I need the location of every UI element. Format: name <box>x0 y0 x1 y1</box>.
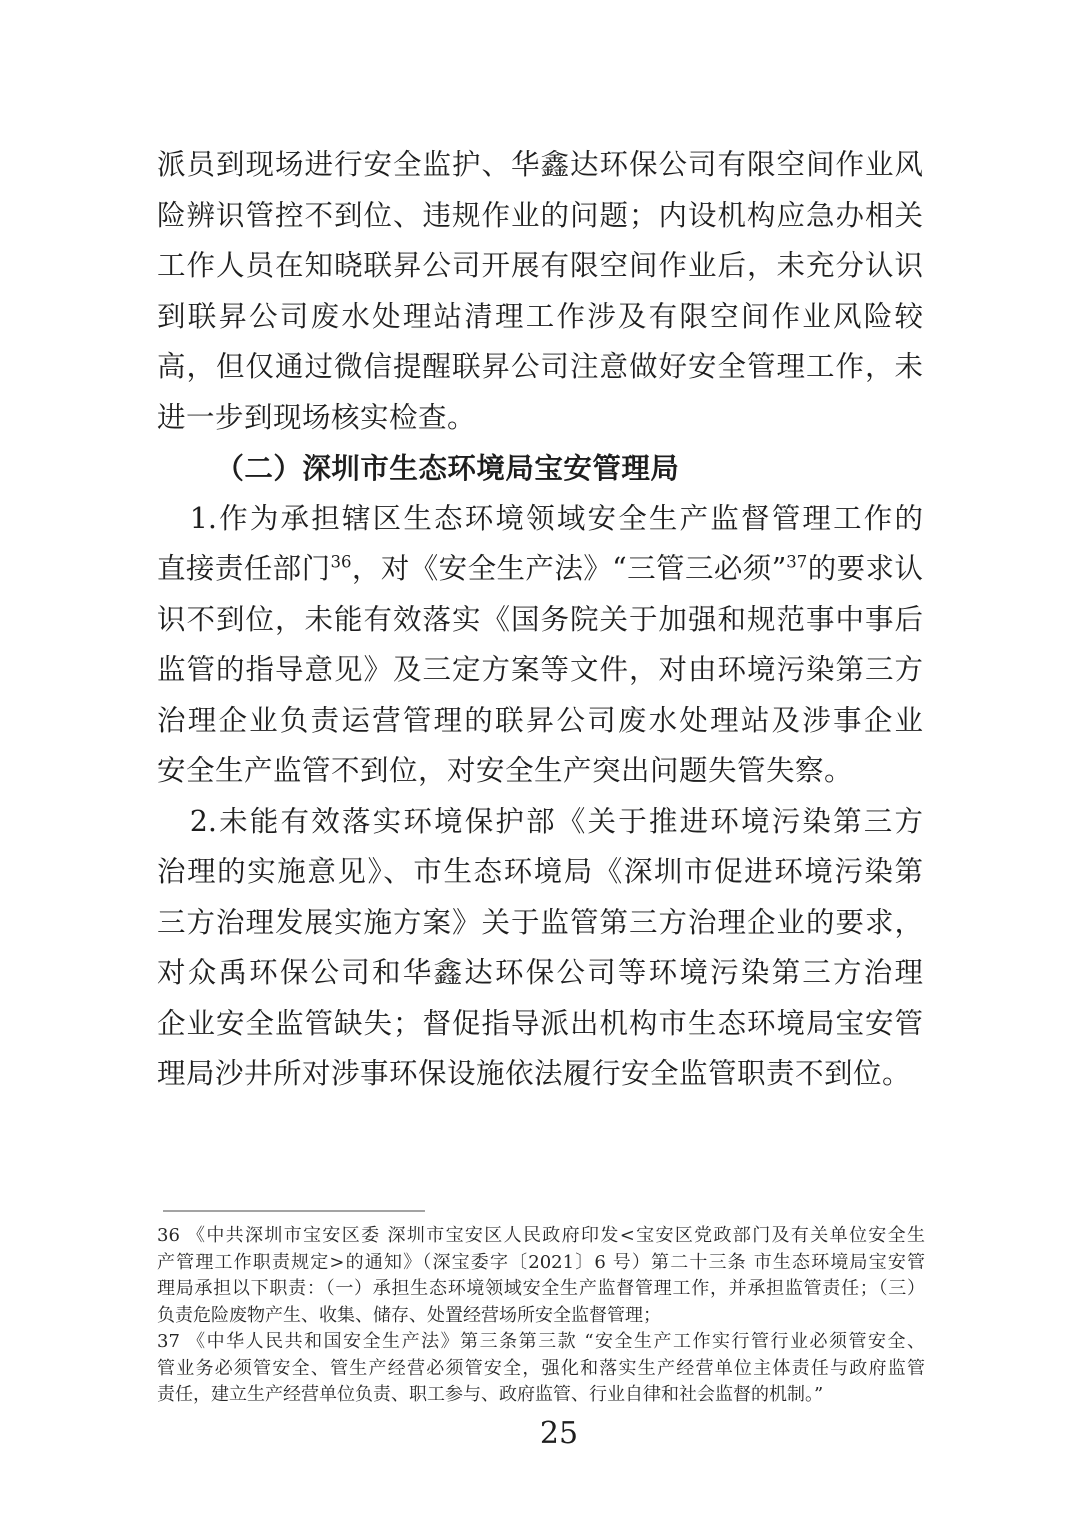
page-number: 25 <box>0 1416 1080 1451</box>
body-line: 进一步到现场核实检查。 <box>157 393 923 444</box>
body-line: 监管的指导意见》及三定方案等文件，对由环境污染第三方 <box>157 645 923 696</box>
body-line: 派员到现场进行安全监护、华鑫达环保公司有限空间作业风 <box>157 140 923 191</box>
body-line: 治理的实施意见》、市生态环境局《深圳市促进环境污染第 <box>157 847 923 898</box>
footnote-line: 管业务必须管安全、管生产经营必须管安全，强化和落实生产经营单位主体责任与政府监管 <box>157 1356 925 1383</box>
body-line: 到联昇公司废水处理站清理工作涉及有限空间作业风险较 <box>157 292 923 343</box>
footnote-line: 产管理工作职责规定>的通知》（深宝委字〔2021〕6 号）第二十三条 市生态环境… <box>157 1250 925 1277</box>
footnote-reference: 36 <box>331 553 352 572</box>
footnote-line: 36 《中共深圳市宝安区委 深圳市宝安区人民政府印发<宝安区党政部门及有关单位安… <box>157 1223 925 1250</box>
footnote-line: 理局承担以下职责：（一）承担生态环境领域安全生产监督管理工作，并承担监管责任；（… <box>157 1276 925 1303</box>
footnote-line: 负责危险废物产生、收集、储存、处置经营场所安全监督管理； <box>157 1303 925 1330</box>
body-line: 直接责任部门36，对《安全生产法》“三管三必须”37的要求认 <box>157 544 923 595</box>
body-line: 理局沙井所对涉事环保设施依法履行安全监管职责不到位。 <box>157 1049 923 1100</box>
footnote-reference: 37 <box>786 553 807 572</box>
body-line: 识不到位，未能有效落实《国务院关于加强和规范事中事后 <box>157 595 923 646</box>
document-page: 派员到现场进行安全监护、华鑫达环保公司有限空间作业风险辨识管控不到位、违规作业的… <box>0 0 1080 1527</box>
body-line: 2.未能有效落实环境保护部《关于推进环境污染第三方 <box>157 797 923 848</box>
body-line: 1.作为承担辖区生态环境领域安全生产监督管理工作的 <box>157 494 923 545</box>
body-line: 对众禹环保公司和华鑫达环保公司等环境污染第三方治理 <box>157 948 923 999</box>
body-line: 治理企业负责运营管理的联昇公司废水处理站及涉事企业 <box>157 696 923 747</box>
body-line: 安全生产监管不到位，对安全生产突出问题失管失察。 <box>157 746 923 797</box>
footnote-separator <box>163 1210 425 1212</box>
body-text: 派员到现场进行安全监护、华鑫达环保公司有限空间作业风险辨识管控不到位、违规作业的… <box>157 140 923 1100</box>
body-line: （二）深圳市生态环境局宝安管理局 <box>157 443 923 494</box>
body-line: 企业安全监管缺失；督促指导派出机构市生态环境局宝安管 <box>157 999 923 1050</box>
footnote-line: 37 《中华人民共和国安全生产法》第三条第三款 “安全生产工作实行管行业必须管安… <box>157 1329 925 1356</box>
body-line: 工作人员在知晓联昇公司开展有限空间作业后，未充分认识 <box>157 241 923 292</box>
footnote-line: 责任，建立生产经营单位负责、职工参与、政府监管、行业自律和社会监督的机制。” <box>157 1382 925 1409</box>
body-line: 三方治理发展实施方案》关于监管第三方治理企业的要求， <box>157 898 923 949</box>
footnotes: 36 《中共深圳市宝安区委 深圳市宝安区人民政府印发<宝安区党政部门及有关单位安… <box>157 1223 925 1409</box>
body-line: 高，但仅通过微信提醒联昇公司注意做好安全管理工作，未 <box>157 342 923 393</box>
body-line: 险辨识管控不到位、违规作业的问题；内设机构应急办相关 <box>157 191 923 242</box>
